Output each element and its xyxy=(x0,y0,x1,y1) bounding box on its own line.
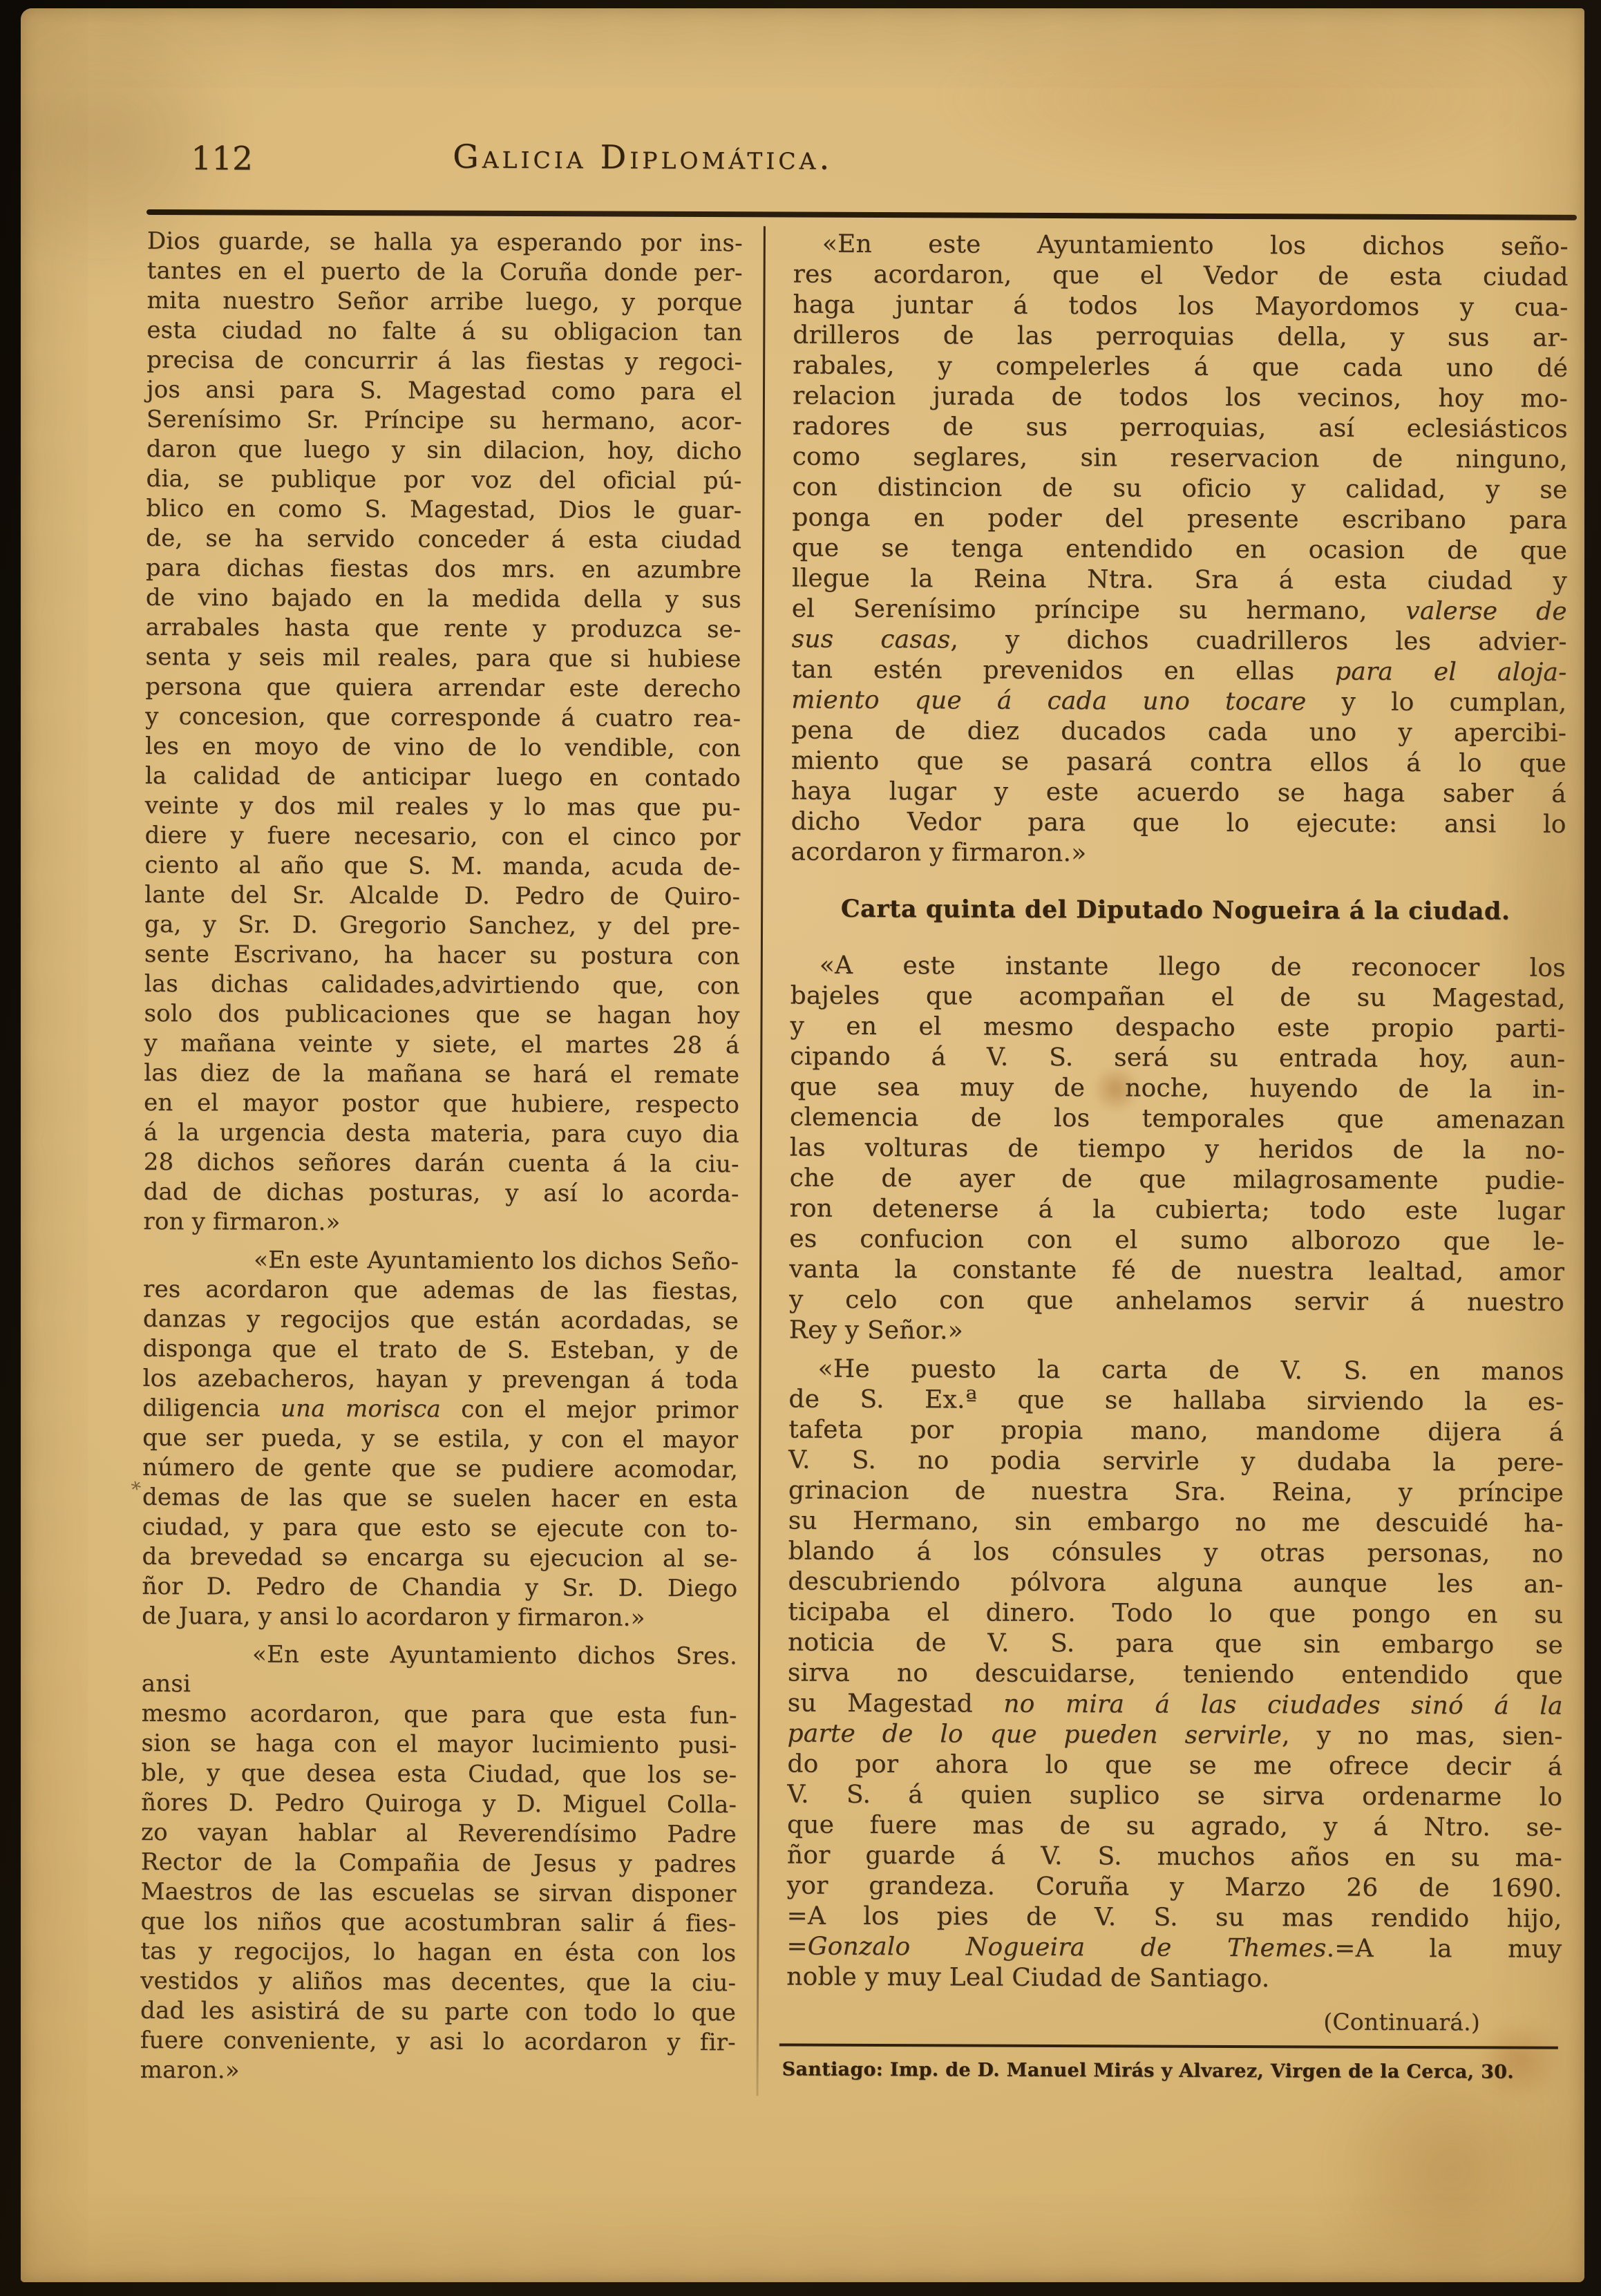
paragraph: «En este Ayuntamiento los dichos seño-re… xyxy=(790,229,1569,871)
paragraph: «En este Ayuntamiento dichos Sres. ansim… xyxy=(140,1640,737,2087)
text-line: que fuere mas de su agrado, y á Ntro. se… xyxy=(787,1810,1562,1843)
text-line: Rector de la Compañia de Jesus y padres xyxy=(141,1848,737,1879)
text-line: vanta la constante fé de nuestra lealtad… xyxy=(789,1255,1564,1288)
text-line: senta y seis mil reales, para que si hub… xyxy=(145,643,741,674)
text-line: para dichas fiestas dos mrs. en azumbre xyxy=(146,553,741,585)
text-line: esta ciudad no falte á su obligacion tan xyxy=(146,316,742,348)
text-line: ron detenerse á la cubierta; todo este l… xyxy=(789,1194,1564,1227)
text-line: es confucion con el sumo alborozo que le… xyxy=(789,1224,1564,1258)
text-line: les en moyo de vino de lo vendible, con xyxy=(145,732,741,763)
continuation-note: (Continuará.) xyxy=(786,2005,1562,2038)
text-line: miento que á cada uno tocare y lo cumpla… xyxy=(791,685,1566,719)
section-heading: Carta quinta del Diputado Nogueira á la … xyxy=(790,894,1560,927)
text-line: solo dos publicaciones que se hagan hoy xyxy=(144,999,739,1031)
text-line: res acordaron, que el Vedor de esta ciud… xyxy=(793,260,1569,293)
text-line: tan estén prevenidos en ellas para el al… xyxy=(791,655,1566,688)
text-line: do por ahora lo que se me ofrece decir á xyxy=(787,1749,1562,1783)
text-line: de vino bajado en la medida della y sus xyxy=(146,583,741,615)
text-line: en el mayor postor que hubiere, respecto xyxy=(144,1088,739,1120)
text-line: que ser pueda, y se estila, y con el may… xyxy=(142,1423,738,1455)
header-rule xyxy=(146,209,1577,220)
text-line: yor grandeza. Coruña y Marzo 26 de 1690. xyxy=(787,1871,1562,1904)
text-line: ñores D. Pedro Quiroga y D. Miguel Colla… xyxy=(141,1788,737,1820)
text-line: ñor D. Pedro de Chandia y Sr. D. Diego xyxy=(142,1572,737,1604)
text-line: «En este Ayuntamiento los dichos seño- xyxy=(793,229,1569,263)
page-title: Galicia Diplomática. xyxy=(242,137,1043,178)
text-line: tafeta por propia mano, mandome dijera á xyxy=(788,1415,1564,1448)
text-line: «He puesto la carta de V. S. en manos xyxy=(789,1354,1564,1387)
text-line: disponga que el trato de S. Esteban, y d… xyxy=(143,1334,739,1366)
text-line: maron.» xyxy=(140,2056,736,2087)
text-line: veinte y dos mil reales y lo mas que pu- xyxy=(145,791,741,823)
text-line: tantes en el puerto de la Coruña donde p… xyxy=(147,256,743,288)
text-line: persona que quiera arrendar este derecho xyxy=(145,672,741,704)
text-line: mesmo acordaron, que para que esta fun- xyxy=(142,1699,737,1731)
text-line: diligencia una morisca con el mejor prim… xyxy=(142,1394,738,1425)
text-line: ble, y que desea esta Ciudad, que los se… xyxy=(141,1758,737,1790)
text-line: con distincion de su oficio y calidad, y… xyxy=(792,473,1567,506)
text-line: clemencia de los temporales que amenazan xyxy=(790,1103,1565,1136)
text-line: cipando á V. S. será su entrada hoy, aun… xyxy=(790,1042,1565,1075)
text-line: fuere conveniente, y asi lo acordaron y … xyxy=(140,2026,736,2058)
text-line: blando á los cónsules y otras personas, … xyxy=(788,1537,1563,1570)
text-line: ga, y Sr. D. Gregorio Sanchez, y del pre… xyxy=(144,910,740,942)
text-line: dicho Vedor para que lo ejecute: ansi lo xyxy=(791,807,1566,840)
paragraph: «He puesto la carta de V. S. en manosde … xyxy=(786,1354,1564,1995)
text-line: drilleros de las perroquias della, y sus… xyxy=(793,321,1568,354)
text-line: «En este Ayuntamiento los dichos Seño- xyxy=(143,1245,739,1277)
text-line: los azebacheros, hayan y prevengan á tod… xyxy=(142,1364,738,1396)
column-divider xyxy=(757,226,766,2096)
paragraph: «A este instante llego de reconocer losb… xyxy=(789,951,1566,1349)
text-line: rabales, y compelerles á que cada uno dé xyxy=(793,351,1568,384)
text-line: á la urgencia desta materia, para cuyo d… xyxy=(144,1118,739,1150)
text-line: haga juntar á todos los Mayordomos y cua… xyxy=(793,290,1568,323)
text-line: da brevedad sə encarga su ejecucion al s… xyxy=(142,1542,737,1574)
text-line: ñor guarde á V. S. muchos años en su ma- xyxy=(787,1841,1562,1874)
text-line: ron y firmaron.» xyxy=(143,1207,739,1239)
text-line: noticia de V. S. para que sin embargo se xyxy=(788,1628,1563,1661)
text-line: que se tenga entendido en ocasion de que xyxy=(792,533,1567,567)
paper: 112 Galicia Diplomática. Dios guarde, se… xyxy=(21,8,1584,2282)
text-line: =Gonzalo Nogueira de Themes.=A la muy xyxy=(786,1932,1562,1965)
scanned-page: 112 Galicia Diplomática. Dios guarde, se… xyxy=(0,0,1601,2296)
text-line: Rey y Señor.» xyxy=(789,1316,1564,1349)
text-line: V. S. á quien suplico se sirva ordenarme… xyxy=(787,1780,1562,1813)
text-line: de S. Ex.ª que se hallaba sirviendo la e… xyxy=(788,1385,1564,1418)
text-line: dad de dichas posturas, y así lo acorda- xyxy=(143,1177,739,1209)
text-line: parte de lo que pueden servirle, y no ma… xyxy=(787,1719,1562,1752)
text-line: demas de las que se suelen hacer en esta xyxy=(142,1483,738,1515)
text-line: que sea muy de noche, huyendo de la in- xyxy=(790,1072,1565,1106)
text-line: las dichas calidades,advirtiendo que, co… xyxy=(144,969,740,1001)
paragraph: «En este Ayuntamiento los dichos Seño-re… xyxy=(142,1245,739,1633)
text-line: dad les asistirá de su parte con todo lo… xyxy=(140,1996,736,2028)
text-line: y concesion, que corresponde á cuatro re… xyxy=(145,702,741,734)
text-line: danzas y regocijos que están acordadas, … xyxy=(143,1304,739,1336)
text-line: la calidad de anticipar luego en contado xyxy=(145,761,741,793)
text-line: lante del Sr. Alcalde D. Pedro de Quiro- xyxy=(144,880,740,912)
text-line: como seglares, sin reservacion de ningun… xyxy=(793,442,1568,475)
text-line: «En este Ayuntamiento dichos Sres. ansi xyxy=(142,1640,737,1701)
text-line: y celo con que anhelamos servir á nuestr… xyxy=(789,1285,1564,1318)
text-line: ciudad, y para que esto se ejecute con t… xyxy=(142,1512,738,1544)
text-line: sirva no descuidarse, teniendo entendido… xyxy=(788,1658,1563,1691)
text-line: V. S. no podia servirle y dudaba la pere… xyxy=(788,1445,1564,1479)
text-line: sente Escrivano, ha hacer su postura con xyxy=(144,940,740,971)
text-line: vestidos y aliños mas decentes, que la c… xyxy=(140,1966,736,1998)
text-line: de, se ha servido conceder á esta ciudad xyxy=(146,524,741,556)
text-line: las diez de la mañana se hará el remate xyxy=(144,1059,739,1090)
text-line: que los niños que acostumbran salir á fi… xyxy=(140,1907,736,1939)
text-line: haya lugar y este acuerdo se haga saber … xyxy=(791,777,1566,810)
text-line: res acordaron que ademas de las fiestas, xyxy=(143,1275,739,1307)
text-line: dia, se publique por voz del oficial pú- xyxy=(146,464,741,496)
text-line: número de gente que se pudiere acomodar, xyxy=(142,1453,738,1485)
text-line: su Magestad no mira á las ciudades sinó … xyxy=(788,1689,1563,1722)
text-line: blico en como S. Magestad, Dios le guar- xyxy=(146,494,741,526)
text-line: ticipaba el dinero. Todo lo que pongo en… xyxy=(788,1597,1563,1631)
right-column: «En este Ayuntamiento los dichos seño-re… xyxy=(786,229,1569,2038)
text-line: grinacion de nuestra Sra. Reina, y prínc… xyxy=(788,1476,1564,1509)
text-line: acordaron y firmaron.» xyxy=(790,837,1566,871)
text-line: zo vayan hablar al Reverendísimo Padre xyxy=(141,1818,737,1850)
text-line: pena de diez ducados cada uno y apercibi… xyxy=(791,716,1566,749)
text-line: diere y fuere necesario, con el cinco po… xyxy=(144,821,740,853)
text-line: precisa de concurrir á las fiestas y reg… xyxy=(146,345,742,377)
text-line: =A los pies de V. S. su mas rendido hijo… xyxy=(786,1901,1562,1935)
text-line: jos ansi para S. Magestad como para el xyxy=(146,375,742,407)
paragraph: Dios guarde, se halla ya esperando por i… xyxy=(143,227,743,1239)
text-line: mita nuestro Señor arribe luego, y porqu… xyxy=(146,286,742,318)
margin-mark: ⁎ xyxy=(128,1471,142,1495)
text-line: Serenísimo Sr. Príncipe su hermano, acor… xyxy=(146,405,742,437)
text-line: y en el mesmo despacho este propio parti… xyxy=(790,1012,1565,1045)
text-line: radores de sus perroquias, así eclesiást… xyxy=(793,412,1568,445)
text-line: llegue la Reina Ntra. Sra á esta ciudad … xyxy=(792,564,1567,597)
text-line: el Serenísimo príncipe su hermano, valer… xyxy=(792,594,1567,627)
text-line: miento que se pasará contra ellos á lo q… xyxy=(791,746,1566,779)
left-column: Dios guarde, se halla ya esperando por i… xyxy=(140,227,743,2087)
text-line: tas y regocijos, lo hagan en ésta con lo… xyxy=(140,1937,736,1968)
text-line: relacion jurada de todos los vecinos, ho… xyxy=(793,381,1568,415)
text-line: ciento al año que S. M. manda, acuda de- xyxy=(144,851,740,882)
text-line: su Hermano, sin embargo no me descuidé h… xyxy=(788,1506,1564,1539)
text-line: «A este instante llego de reconocer los xyxy=(790,951,1566,984)
text-line: daron que luego y sin dilacion, hoy, dic… xyxy=(146,435,742,466)
text-line: bajeles que acompañan el de su Magestad, xyxy=(790,981,1566,1014)
text-line: noble y muy Leal Ciudad de Santiago. xyxy=(786,1962,1562,1995)
page-content: 112 Galicia Diplomática. Dios guarde, se… xyxy=(21,8,1584,2282)
text-line: de Juara, y ansi lo acordaron y firmaron… xyxy=(142,1602,737,1633)
text-line: descubriendo pólvora alguna aunque les a… xyxy=(788,1567,1563,1600)
text-line: sion se haga con el mayor lucimiento pus… xyxy=(141,1729,737,1761)
text-line: sus casas, y dichos cuadrilleros les adv… xyxy=(792,625,1567,658)
text-line: las volturas de tiempo y heridos de la n… xyxy=(790,1133,1565,1166)
text-line: y mañana veinte y siete, el martes 28 á xyxy=(144,1029,739,1061)
text-line: Dios guarde, se halla ya esperando por i… xyxy=(147,227,743,258)
text-line: ponga en poder del presente escribano pa… xyxy=(792,503,1567,536)
footer-rule xyxy=(779,2043,1558,2049)
text-line: arrabales hasta que rente y produzca se- xyxy=(146,613,741,645)
imprint: Santiago: Imp. de D. Manuel Mirás y Alva… xyxy=(782,2058,1566,2082)
text-line: Maestros de las escuelas se sirvan dispo… xyxy=(141,1877,737,1909)
text-line: 28 dichos señores darán cuenta á la ciu- xyxy=(144,1148,739,1179)
text-line: che de ayer de que milagrosamente pudie- xyxy=(790,1164,1565,1197)
